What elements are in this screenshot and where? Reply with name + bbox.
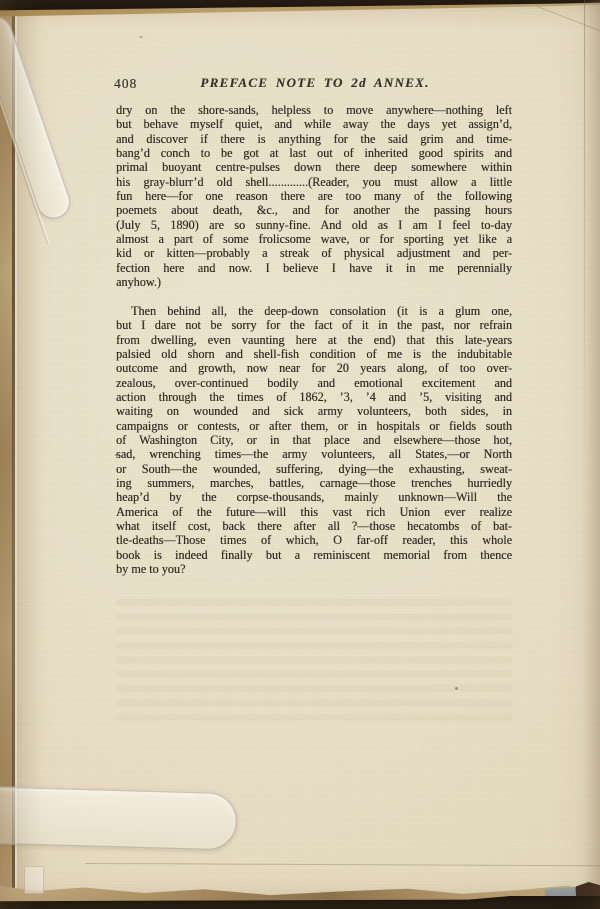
paper-speck [115, 454, 118, 456]
text-line: palsied old shorn and shell-fish conditi… [116, 347, 512, 361]
text-line: dry on the shore-sands, helpless to move… [116, 103, 512, 117]
text-line: zealous, over-continued bodily and emoti… [116, 376, 512, 390]
reverse-side-show-through [116, 599, 512, 727]
text-line: almost a part of some frolicsome wave, o… [116, 232, 512, 246]
text-line: book is indeed finally but a reminiscent… [116, 548, 512, 562]
text-line: primal buoyant centre-pulses down there … [116, 160, 512, 174]
text-line: of Washington City, or in that place and… [116, 433, 512, 447]
text-line: outcome and growth, now near for 20 year… [116, 361, 512, 375]
text-line: his gray-blurr’d old shell.............(… [116, 175, 512, 189]
text-line: but behave myself quiet, and while away … [116, 117, 512, 131]
text-block: dry on the shore-sands, helpless to move… [116, 103, 512, 576]
paragraph: Then behind all, the deep-down consolati… [116, 304, 512, 577]
plastic-page-holder-bottom-left [0, 786, 238, 851]
paper-speck [455, 687, 458, 690]
text-line: bang’d conch to be got at last out of in… [116, 146, 512, 160]
text-line: kid or kitten—probably a streak of physi… [116, 246, 512, 260]
plastic-holder-notch [24, 866, 44, 894]
text-line: anyhow.) [116, 275, 512, 289]
text-line: from dwelling, even vaunting here at the… [116, 333, 512, 347]
text-line: fection here and now. I believe I have i… [116, 261, 512, 275]
paragraph: dry on the shore-sands, helpless to move… [116, 103, 512, 289]
text-line: tle-deaths—Those times of which, O far-o… [116, 533, 512, 547]
text-line: America of the future—will this vast ric… [116, 505, 512, 519]
text-line: action through the times of 1862, ’3, ’4… [116, 390, 512, 404]
text-line: and discover if there is anything for th… [116, 132, 512, 146]
running-title: PREFACE NOTE TO 2d ANNEX. [116, 75, 514, 91]
text-line: fun here—for one reason there are too ma… [116, 189, 512, 203]
text-line: Then behind all, the deep-down consolati… [116, 304, 512, 318]
text-line: ing summers, marches, battles, carnage—t… [116, 476, 512, 490]
scanned-book-page: 408 PREFACE NOTE TO 2d ANNEX. dry on the… [0, 0, 600, 909]
text-line: poemets about death, &c., and for anothe… [116, 203, 512, 217]
right-page-fold-line [584, 0, 585, 460]
text-line: waiting on wounded and sick army volunte… [116, 404, 512, 418]
page-number: 408 [114, 76, 137, 92]
text-line: campaigns or contests, or after them, or… [116, 419, 512, 433]
text-line: sad, wrenching times—the army volunteers… [116, 447, 512, 461]
paper-speck [139, 36, 143, 38]
text-line: what itself cost, back there after all ?… [116, 519, 512, 533]
page-header: 408 PREFACE NOTE TO 2d ANNEX. [116, 75, 514, 93]
text-line: (July 5, 1890) are so sunny-fine. And ol… [116, 218, 512, 232]
text-line: or South—the wounded, suffering, dying—t… [116, 462, 512, 476]
right-page-shade [583, 0, 600, 909]
text-line: by me to you? [116, 562, 512, 576]
text-line: but I dare not be sorry for the fact of … [116, 318, 512, 332]
text-line: heap’d by the corpse-thousands, mainly u… [116, 490, 512, 504]
